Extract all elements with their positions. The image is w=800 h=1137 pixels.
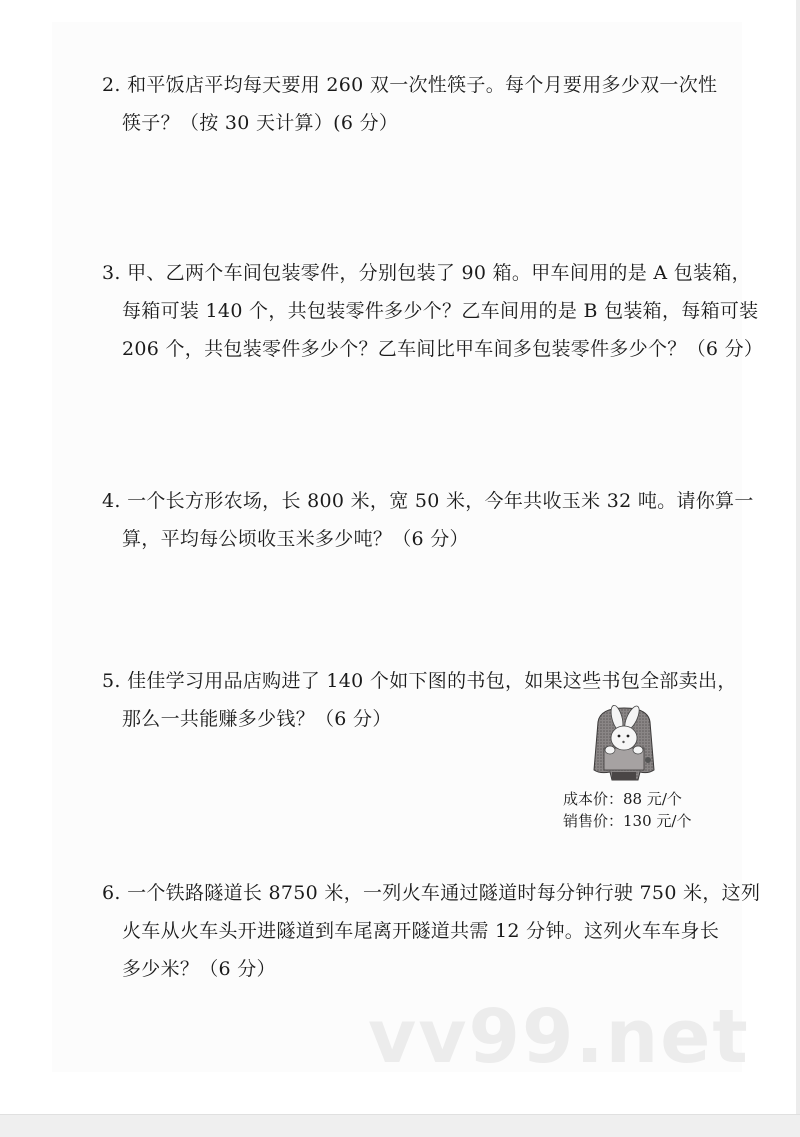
sale-price-label: 销售价：130 元/个 [555, 810, 715, 832]
watermark: vv99.net [368, 1000, 750, 1074]
backpack-rabbit-icon [588, 700, 660, 788]
problem-line: 2. 和平饭店平均每天要用 260 双一次性筷子。每个月要用多少双一次性 [102, 66, 722, 104]
cost-price-label: 成本价：88 元/个 [555, 788, 715, 810]
problem-line: 3. 甲、乙两个车间包装零件，分别包装了 90 箱。甲车间用的是 A 包装箱， [102, 254, 722, 292]
problem-line: 206 个，共包装零件多少个？乙车间比甲车间多包装零件多少个？（6 分） [102, 330, 722, 368]
problem-line: 筷子？（按 30 天计算）(6 分） [102, 104, 722, 142]
problem-line: 每箱可装 140 个，共包装零件多少个？乙车间用的是 B 包装箱，每箱可装 [102, 292, 722, 330]
problem-3: 3. 甲、乙两个车间包装零件，分别包装了 90 箱。甲车间用的是 A 包装箱， … [102, 254, 722, 368]
problem-line: 算，平均每公顷收玉米多少吨？（6 分） [102, 520, 722, 558]
backpack-illustration [588, 700, 660, 788]
problem-line: 火车从火车头开进隧道到车尾离开隧道共需 12 分钟。这列火车车身长 [102, 912, 722, 950]
problem-4: 4. 一个长方形农场，长 800 米，宽 50 米，今年共收玉米 32 吨。请你… [102, 482, 722, 558]
problem-line: 4. 一个长方形农场，长 800 米，宽 50 米，今年共收玉米 32 吨。请你… [102, 482, 722, 520]
problem-6: 6. 一个铁路隧道长 8750 米，一列火车通过隧道时每分钟行驶 750 米，这… [102, 874, 722, 988]
backpack-figure: 成本价：88 元/个 销售价：130 元/个 [555, 700, 715, 832]
problem-2: 2. 和平饭店平均每天要用 260 双一次性筷子。每个月要用多少双一次性 筷子？… [102, 66, 722, 142]
bottom-strip [0, 1114, 800, 1137]
problem-line: 5. 佳佳学习用品店购进了 140 个如下图的书包，如果这些书包全部卖出， [102, 662, 722, 700]
page-edge [796, 0, 800, 1137]
problem-line: 多少米？（6 分） [102, 950, 722, 988]
problem-line: 6. 一个铁路隧道长 8750 米，一列火车通过隧道时每分钟行驶 750 米，这… [102, 874, 722, 912]
